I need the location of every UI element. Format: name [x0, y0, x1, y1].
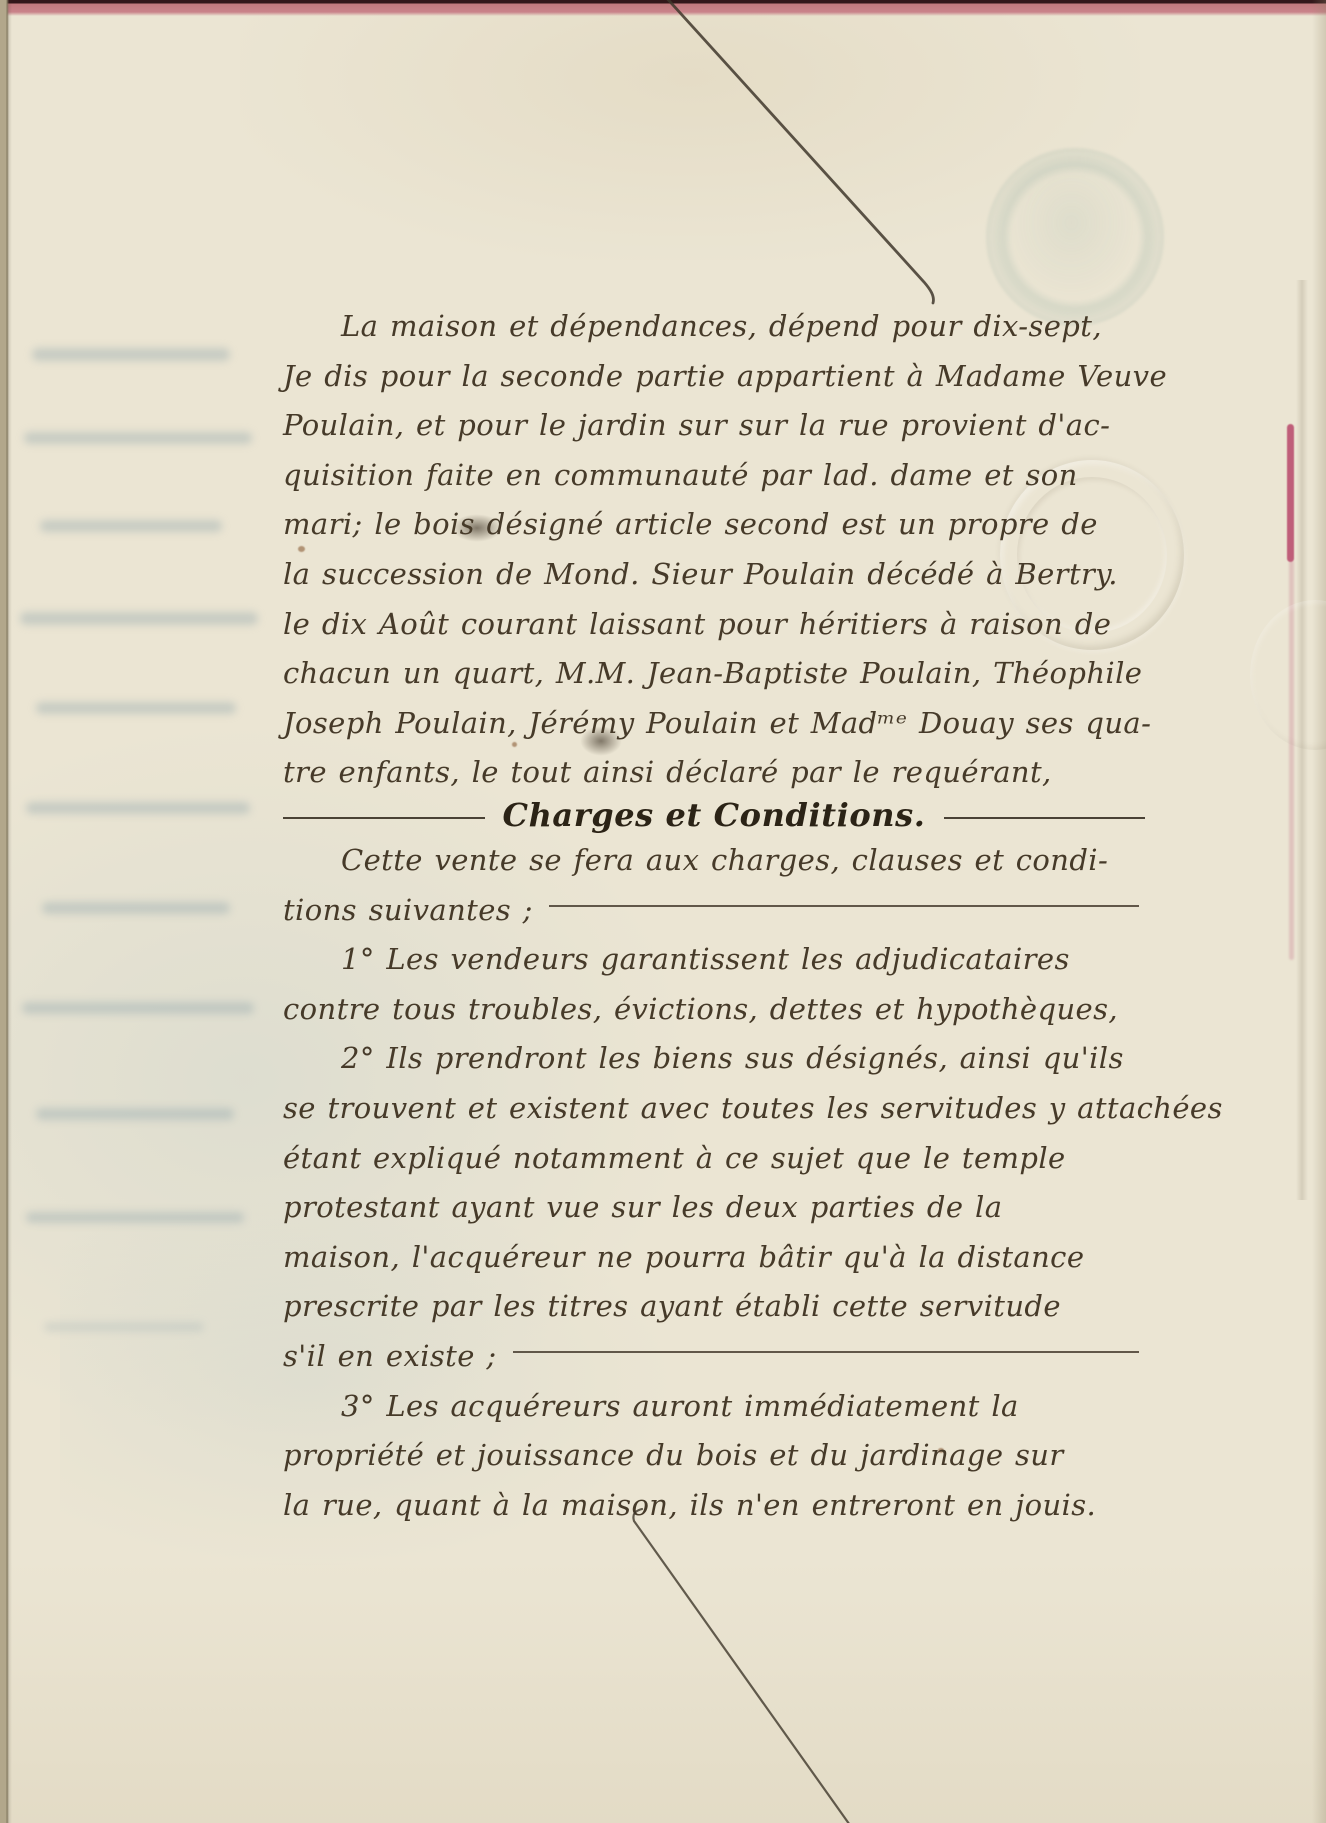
- manuscript-line-text: s'il en existe ;: [283, 1332, 497, 1382]
- manuscript-line: La maison et dépendances, dépend pour di…: [283, 302, 1145, 352]
- bleed-through-mark: [20, 612, 258, 625]
- bleed-through-mark: [44, 1322, 204, 1332]
- manuscript-line: tions suivantes ;: [283, 886, 1145, 936]
- bleed-through-mark: [40, 520, 222, 532]
- manuscript-line: se trouvent et existent avec toutes les …: [283, 1084, 1145, 1134]
- manuscript-line: protestant ayant vue sur les deux partie…: [283, 1183, 1145, 1233]
- filler-rule: [513, 1351, 1139, 1353]
- heading-rule-right: [944, 817, 1146, 819]
- manuscript-line: propriété et jouissance du bois et du ja…: [283, 1431, 1145, 1481]
- manuscript-line: chacun un quart, M.M. Jean-Baptiste Poul…: [283, 649, 1145, 699]
- manuscript-line: s'il en existe ;: [283, 1332, 1145, 1382]
- diagonal-pen-stroke-top: [663, 0, 933, 303]
- manuscript-line: prescrite par les titres ayant établi ce…: [283, 1282, 1145, 1332]
- heading-rule-left: [283, 817, 485, 819]
- manuscript-line: Poulain, et pour le jardin sur sur la ru…: [283, 401, 1145, 451]
- manuscript-paragraph-description: La maison et dépendances, dépend pour di…: [283, 302, 1145, 798]
- manuscript-line: étant expliqué notamment à ce sujet que …: [283, 1134, 1145, 1184]
- binding-band-top: [0, 0, 1326, 16]
- manuscript-line: 1° Les vendeurs garantissent les adjudic…: [283, 935, 1145, 985]
- manuscript-line: 3° Les acquéreurs auront immédiatement l…: [283, 1382, 1145, 1432]
- scanned-document-page: { "page": { "heading": "Charges et Condi…: [0, 0, 1326, 1823]
- page-edge-right: [1312, 0, 1326, 1823]
- embossed-seal-partial: [1250, 600, 1326, 750]
- bleed-through-mark: [36, 702, 236, 714]
- faint-green-stamp: [986, 148, 1164, 326]
- manuscript-line: Cette vente se fera aux charges, clauses…: [283, 836, 1145, 886]
- section-heading-row: Charges et Conditions.: [283, 790, 1145, 840]
- manuscript-line: maison, l'acquéreur ne pourra bâtir qu'à…: [283, 1233, 1145, 1283]
- manuscript-line: Joseph Poulain, Jérémy Poulain et Madᵐᵉ …: [283, 699, 1145, 749]
- bleed-through-mark: [42, 902, 230, 914]
- bleed-through-mark: [22, 1002, 254, 1014]
- manuscript-line-text: tions suivantes ;: [283, 886, 533, 936]
- bleed-through-mark: [26, 802, 250, 814]
- filler-rule: [549, 905, 1139, 907]
- manuscript-line: le dix Août courant laissant pour hériti…: [283, 600, 1145, 650]
- manuscript-line: Je dis pour la seconde partie appartient…: [283, 352, 1145, 402]
- manuscript-line: mari; le bois désigné article second est…: [283, 500, 1145, 550]
- bleed-through-mark: [36, 1108, 234, 1120]
- paper-shading: [0, 1560, 1326, 1823]
- bleed-through-mark: [32, 348, 230, 361]
- diagonal-pen-stroke-bottom: [633, 1509, 852, 1823]
- manuscript-paragraph-clauses: Cette vente se fera aux charges, clauses…: [283, 836, 1145, 1530]
- section-heading: Charges et Conditions.: [503, 796, 926, 834]
- page-edge-left: [0, 0, 12, 1823]
- bleed-through-mark: [26, 1212, 244, 1223]
- manuscript-line: la succession de Mond. Sieur Poulain déc…: [283, 550, 1145, 600]
- underlying-sheet-edge: [1287, 424, 1294, 562]
- manuscript-line: contre tous troubles, évictions, dettes …: [283, 985, 1145, 1035]
- manuscript-line: quisition faite en communauté par lad. d…: [283, 451, 1145, 501]
- manuscript-line: 2° Ils prendront les biens sus désignés,…: [283, 1034, 1145, 1084]
- bleed-through-mark: [24, 432, 252, 444]
- manuscript-line: la rue, quant à la maison, ils n'en entr…: [283, 1481, 1145, 1531]
